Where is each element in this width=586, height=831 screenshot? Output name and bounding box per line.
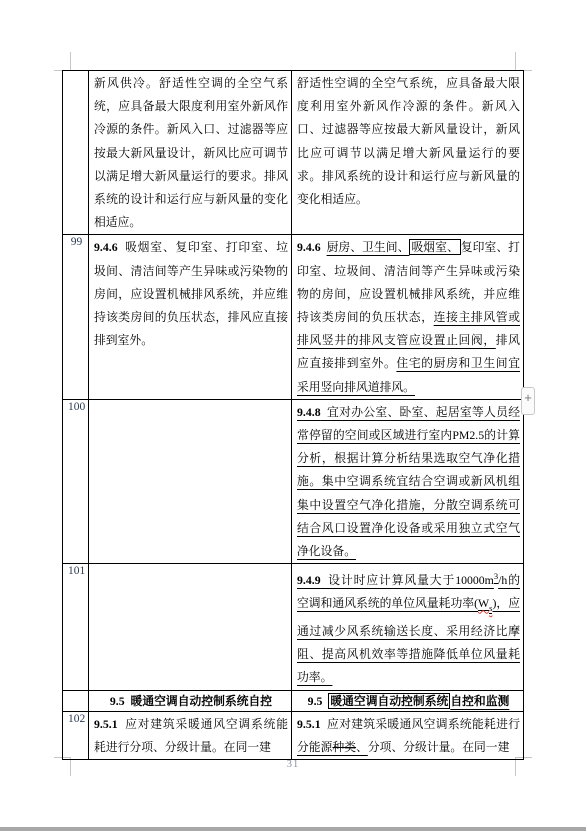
section-heading-row: 9.5 暖通空调自动控制系统自控 9.5 暖通空调自动控制系统自控和监测 (63, 690, 524, 711)
table-row: 102 9.5.1 应对建筑采暖通风空调系统能耗进行分项、分级计量。在同一建 9… (63, 711, 524, 759)
old-text-cell[interactable]: 9.5.1 应对建筑采暖通风空调系统能耗进行分项、分级计量。在同一建 (89, 711, 292, 759)
cell-text: 9.5 暖通空调自动控制系统自控和监测 (297, 692, 520, 711)
old-section-heading-cell[interactable]: 9.5 暖通空调自动控制系统自控 (89, 690, 292, 711)
row-number-cell (63, 690, 89, 711)
page-number: 31 (0, 759, 586, 770)
cell-text: 9.4.6 厨房、卫生间、吸烟室、复印室、打印室、垃圾间、清洁间等产生异味或污染… (297, 236, 520, 398)
cell-text: 9.5.1 应对建筑采暖通风空调系统能耗进行分项、分级计量。在同一建 (94, 713, 288, 759)
margin-crop-mark-top-left (54, 52, 71, 71)
row-number-cell: 99 (63, 235, 89, 399)
cell-text: 9.4.9 设计时应计算风量大于10000m3/h的空调和通风系统的单位风量耗功… (297, 565, 520, 689)
margin-crop-mark-top-right (515, 52, 532, 71)
table-row: 101 9.4.9 设计时应计算风量大于10000m3/h的空调和通风系统的单位… (63, 564, 524, 690)
table-row: 99 9.4.6 吸烟室、复印室、打印室、垃圾间、清洁间等产生异味或污染物的房间… (63, 235, 524, 399)
table-row: 100 9.4.8 宜对办公室、卧室、起居室等人员经常停留的空间或区域进行室内P… (63, 399, 524, 563)
page-bottom-edge (0, 827, 586, 831)
old-text-cell[interactable]: 9.4.6 吸烟室、复印室、打印室、垃圾间、清洁间等产生异味或污染物的房间，应设… (89, 235, 292, 399)
cell-text: 9.5 暖通空调自动控制系统自控 (94, 692, 288, 711)
table-row: 新风供冷。舒适性空调的全空气系统，应具备最大限度利用室外新风作冷源的条件。新风入… (63, 71, 524, 235)
insert-row-button[interactable]: + (521, 387, 535, 415)
cell-text: 新风供冷。舒适性空调的全空气系统，应具备最大限度利用室外新风作冷源的条件。新风入… (94, 72, 288, 234)
old-text-cell[interactable] (89, 564, 292, 690)
plus-icon: + (524, 390, 532, 405)
cell-text: 9.4.8 宜对办公室、卧室、起居室等人员经常停留的空间或区域进行室内PM2.5… (297, 401, 520, 563)
new-section-heading-cell[interactable]: 9.5 暖通空调自动控制系统自控和监测 (292, 690, 524, 711)
row-number-cell: 102 (63, 711, 89, 759)
old-text-cell[interactable]: 新风供冷。舒适性空调的全空气系统，应具备最大限度利用室外新风作冷源的条件。新风入… (89, 71, 292, 235)
new-text-cell[interactable]: 舒适性空调的全空气系统，应具备最大限度利用室外新风作冷源的条件。新风入口、过滤器… (292, 71, 524, 235)
cell-text: 9.5.1 应对建筑采暖通风空调系统能耗进行分能源种类、分项、分级计量。在同一建 (297, 713, 520, 759)
new-text-cell[interactable]: 9.5.1 应对建筑采暖通风空调系统能耗进行分能源种类、分项、分级计量。在同一建 (292, 711, 524, 759)
row-number-cell: 100 (63, 399, 89, 563)
new-text-cell[interactable]: 9.4.8 宜对办公室、卧室、起居室等人员经常停留的空间或区域进行室内PM2.5… (292, 399, 524, 563)
old-text-cell[interactable] (89, 399, 292, 563)
row-number-cell: 101 (63, 564, 89, 690)
new-text-cell[interactable]: 9.4.9 设计时应计算风量大于10000m3/h的空调和通风系统的单位风量耗功… (292, 564, 524, 690)
new-text-cell[interactable]: 9.4.6 厨房、卫生间、吸烟室、复印室、打印室、垃圾间、清洁间等产生异味或污染… (292, 235, 524, 399)
row-number-cell (63, 71, 89, 235)
cell-text: 9.4.6 吸烟室、复印室、打印室、垃圾间、清洁间等产生异味或污染物的房间，应设… (94, 236, 288, 352)
document-page: 新风供冷。舒适性空调的全空气系统，应具备最大限度利用室外新风作冷源的条件。新风入… (0, 0, 586, 831)
comparison-table: 新风供冷。舒适性空调的全空气系统，应具备最大限度利用室外新风作冷源的条件。新风入… (62, 70, 524, 760)
cell-text: 舒适性空调的全空气系统，应具备最大限度利用室外新风作冷源的条件。新风入口、过滤器… (297, 72, 520, 211)
